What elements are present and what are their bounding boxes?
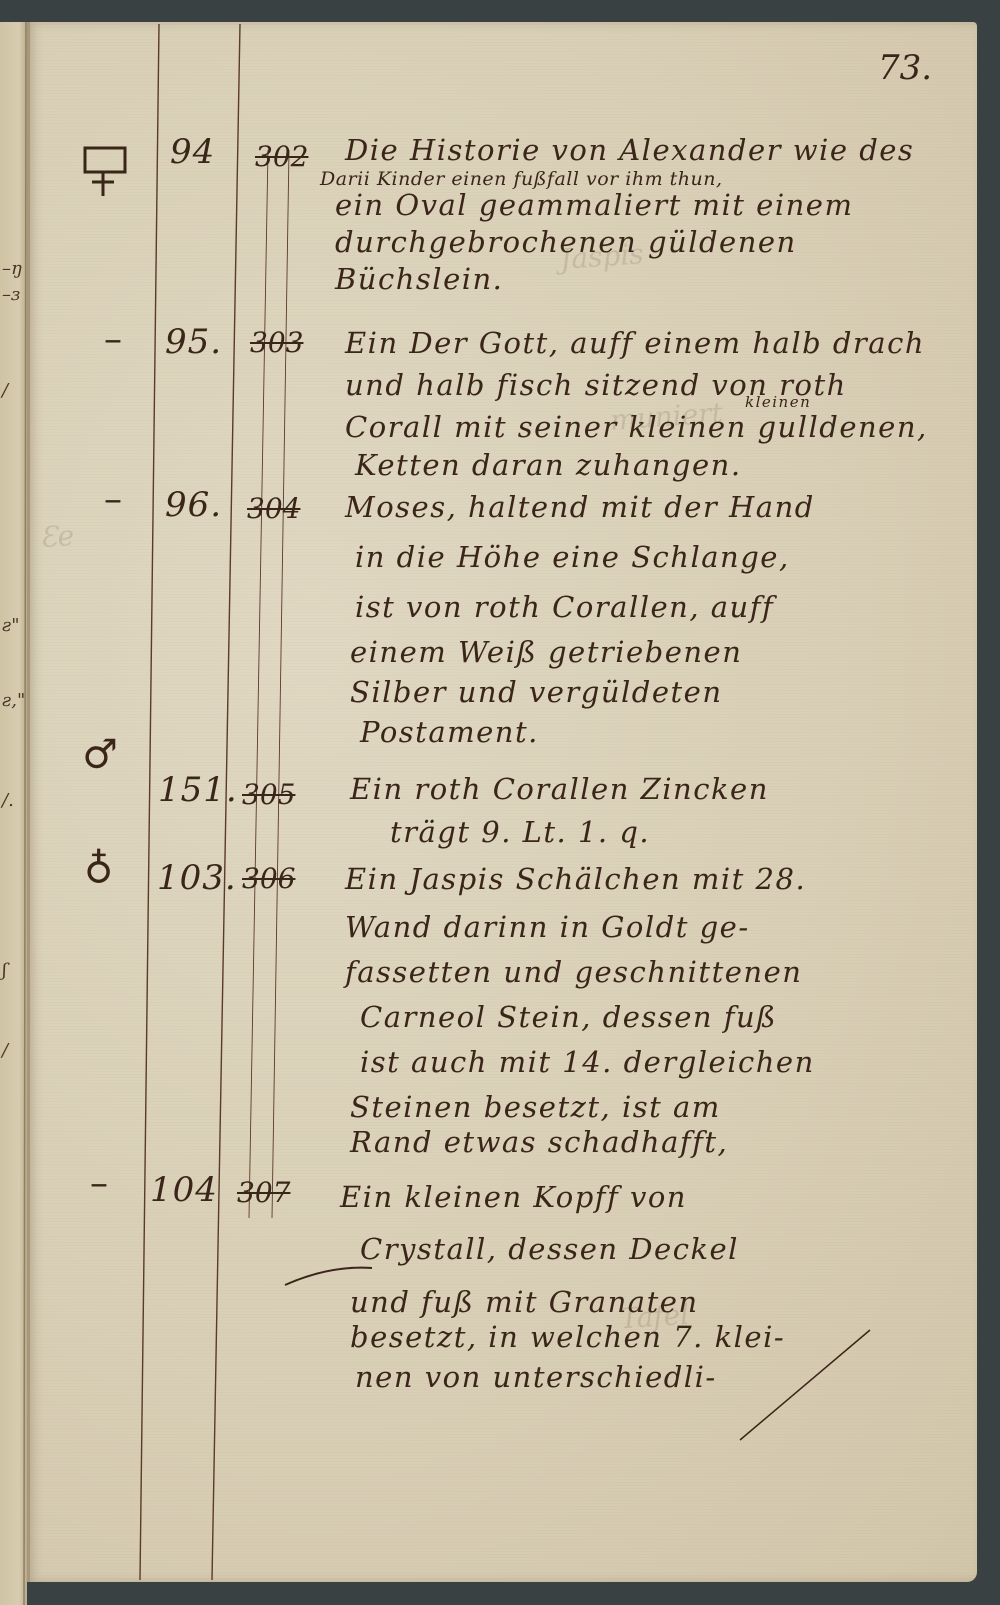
- prev-page-fragment: /: [2, 380, 8, 401]
- entry-text-line: ein Oval geammaliert mit einem: [335, 188, 853, 222]
- entry-number-new: 94: [170, 132, 215, 172]
- entry-text-line: Wand darinn in Goldt ge-: [345, 910, 750, 944]
- entry-text-line: trägt 9. Lt. 1. q.: [390, 815, 650, 849]
- dash-mark-icon: –: [90, 1166, 108, 1202]
- entry-text-line: Ein roth Corallen Zincken: [350, 772, 769, 806]
- entry-number-new: 104: [150, 1170, 218, 1210]
- entry-text-line: Ein Der Gott, auff einem halb drach: [345, 326, 925, 360]
- entry-text-line: Ketten daran zuhangen.: [355, 448, 742, 482]
- entry-text-line: und halb fisch sitzend von roth: [345, 368, 847, 402]
- entry-text-line: ist von roth Corallen, auff: [355, 590, 774, 624]
- page-number: 73.: [878, 48, 932, 88]
- prev-page-fragment: ƨ": [2, 615, 20, 636]
- entry-text-line: Moses, haltend mit der Hand: [345, 490, 815, 524]
- entry-text-line: besetzt, in welchen 7. klei-: [350, 1320, 785, 1354]
- dash-mark-icon: –: [104, 482, 122, 518]
- entry-text-line: Crystall, dessen Deckel: [360, 1232, 739, 1266]
- entry-text-line: Darii Kinder einen fußfall vor ihm thun,: [320, 168, 723, 190]
- entry-text-line: nen von unterschiedli-: [355, 1360, 717, 1394]
- entry-number-old-struck: 306: [242, 862, 295, 895]
- entry-text-line: Rand etwas schadhafft,: [350, 1125, 728, 1159]
- entry-text-line: durchgebrochenen güldenen: [335, 225, 797, 259]
- entry-text-line: Ein kleinen Kopff von: [340, 1180, 687, 1214]
- entry-number-new: 151.: [158, 770, 238, 810]
- entry-number-old-struck: 302: [255, 140, 308, 173]
- entry-number-old-struck: 307: [237, 1176, 290, 1209]
- prev-page-fragment: –ŋ: [2, 258, 23, 279]
- entry-text-line: in die Höhe eine Schlange,: [355, 540, 790, 574]
- bleed-through-text: Ɛe: [39, 519, 75, 554]
- entry-text-line: ist auch mit 14. dergleichen: [360, 1045, 815, 1079]
- mars-symbol-icon: ♂: [82, 735, 118, 775]
- prev-page-fragment: /: [2, 1040, 8, 1061]
- entry-text-line: und fuß mit Granaten: [350, 1285, 699, 1319]
- entry-text-line: fassetten und geschnittenen: [345, 955, 802, 989]
- dash-mark-icon: –: [104, 322, 122, 358]
- prev-page-fragment: –ɜ: [2, 284, 20, 305]
- entry-number-new: 103.: [157, 858, 237, 898]
- earth-symbol-icon: ♁: [84, 845, 113, 885]
- entry-text-line: Silber und vergüldeten: [350, 675, 723, 709]
- prev-page-fragment: /.: [2, 790, 14, 811]
- entry-number-old-struck: 303: [250, 326, 303, 359]
- entry-number-new: 95.: [165, 322, 222, 362]
- entry-number-old-struck: 304: [247, 492, 300, 525]
- prev-page-fragment: ʃ: [2, 960, 7, 981]
- entry-text-line: Postament.: [360, 715, 539, 749]
- entry-text-line: Ein Jaspis Schälchen mit 28.: [345, 862, 806, 896]
- entry-text-line: Corall mit seiner kleinen gulldenen,: [345, 410, 928, 444]
- entry-number-new: 96.: [165, 485, 222, 525]
- entry-text-line: einem Weiß getriebenen: [350, 635, 742, 669]
- binding-gutter: [27, 22, 30, 1582]
- entry-text-line: Steinen besetzt, ist am: [350, 1090, 721, 1124]
- entry-text-line: Carneol Stein, dessen fuß: [360, 1000, 777, 1034]
- entry-text-line: Die Historie von Alexander wie des: [345, 133, 914, 167]
- entry-number-old-struck: 305: [242, 778, 295, 811]
- entry-text-line: Büchslein.: [335, 262, 503, 296]
- prev-page-fragment: ƨ,": [2, 690, 25, 711]
